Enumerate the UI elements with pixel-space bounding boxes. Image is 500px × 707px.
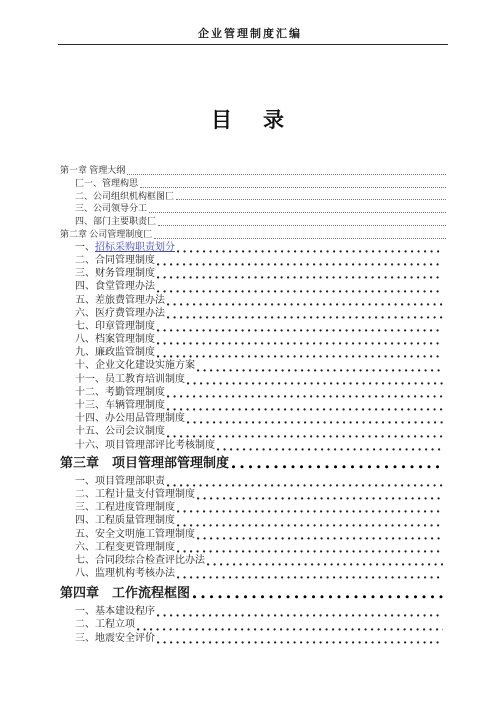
toc-entry: 三、地震安全评价 <box>60 632 447 645</box>
page-header: 企业管理制度汇编 <box>0 25 500 41</box>
toc-entry-label: 九、廉政监管制度 <box>75 346 155 359</box>
toc-entry: 二、公司组织机构框图匚 <box>60 190 447 203</box>
toc-entry-label: 十三、车辆管理制度 <box>75 399 165 412</box>
toc-entry-label: 二、公司组织机构框图匚 <box>75 190 174 203</box>
dot-leader <box>154 238 446 239</box>
dot-leader <box>187 421 443 424</box>
toc-title: 目 录 <box>0 104 500 134</box>
dot-leader <box>177 576 443 579</box>
toc-entry-label: 三、地震安全评价 <box>75 632 155 645</box>
dot-leader <box>193 595 443 599</box>
toc-entry: 十五、公司会议制度 <box>60 425 447 438</box>
toc-entry-label: 三、工程进度管理制度 <box>75 501 175 514</box>
dot-leader <box>157 342 443 345</box>
dot-leader <box>167 408 443 411</box>
toc-entry-label: 二、工程计量支付管理制度 <box>75 488 195 501</box>
toc-entry: 十三、车辆管理制度 <box>60 399 447 412</box>
toc-entry-label: 十六、项目管理部评比考核制度 <box>75 439 215 452</box>
dot-leader <box>177 510 443 513</box>
dot-leader <box>158 225 446 226</box>
toc-entry-label: 二、合同管理制度 <box>75 254 155 267</box>
dot-leader <box>167 316 443 319</box>
toc-entry-number: 一、 <box>75 241 95 254</box>
toc-entry-label: 四、食堂管理办法 <box>75 280 155 293</box>
toc-entry: 十二、考勤管理制度 <box>60 386 447 399</box>
toc-entry: 七、印章管理制度 <box>60 320 447 333</box>
toc-entry-label: 匚一、管理构思 <box>75 177 138 190</box>
toc-link-bidding-procurement-duties[interactable]: 招标采购职责划分 <box>95 241 175 254</box>
toc-entry-label: 十二、考勤管理制度 <box>75 386 165 399</box>
toc-entry-label: 五、安全文明施工管理制度 <box>75 528 195 541</box>
toc-entry-label: 三、财务管理制度 <box>75 267 155 280</box>
toc-entry: 十六、项目管理部评比考核制度 <box>60 439 447 452</box>
toc-entry-label: 第一章 管理大纲 <box>60 164 125 177</box>
toc-entry: 第一章 管理大纲 <box>60 164 447 177</box>
toc-entry-label: 一、基本建设程序 <box>75 605 155 618</box>
dot-leader <box>187 382 443 385</box>
dot-leader <box>157 263 443 266</box>
toc-entry-label: 四、工程质量管理制度 <box>75 514 175 527</box>
document-page: 企业管理制度汇编 目 录 第一章 管理大纲匚一、管理构思二、公司组织机构框图匚三… <box>0 0 500 707</box>
toc-entry: 第二章 公司管理制度匚 <box>60 228 447 241</box>
toc-entry-label: 四、部门主要职责匚 <box>75 215 156 228</box>
toc-entry: 六、工程变更管理制度 <box>60 541 447 554</box>
toc-entry: 五、差旅费管理办法 <box>60 294 447 307</box>
toc-entry: 第四章 工作流程框图 <box>60 585 447 601</box>
toc-entry-label: 七、印章管理制度 <box>75 320 155 333</box>
toc-entry-label: 八、档案管理制度 <box>75 333 155 346</box>
header-rule <box>58 44 448 45</box>
dot-leader <box>177 250 443 253</box>
dot-leader <box>217 448 443 451</box>
dot-leader <box>177 524 443 527</box>
dot-leader <box>197 537 443 540</box>
dot-leader <box>137 628 443 631</box>
toc-entry: 一、招标采购职责划分 <box>60 241 447 254</box>
toc-entry: 四、工程质量管理制度 <box>60 514 447 527</box>
toc-entry: 一、项目管理部职责 <box>60 475 447 488</box>
toc-entry: 十四、办公用品管理制度 <box>60 412 447 425</box>
dot-leader <box>157 614 443 617</box>
dot-leader <box>157 290 443 293</box>
dot-leader <box>140 187 446 188</box>
dot-leader <box>157 329 443 332</box>
toc-entry: 六、医疗费管理办法 <box>60 307 447 320</box>
toc-entry-label: 第四章 工作流程框图 <box>60 585 190 601</box>
toc-entry: 八、监理机构考核办法 <box>60 567 447 580</box>
dot-leader <box>167 303 443 306</box>
toc-entry: 三、公司领导分工 <box>60 202 447 215</box>
page-header-title: 企业管理制度汇编 <box>198 28 302 40</box>
toc-entry-label: 三、公司领导分工 <box>75 202 147 215</box>
toc-entry-label: 六、医疗费管理办法 <box>75 307 165 320</box>
dot-leader <box>232 465 443 469</box>
toc-entry: 三、财务管理制度 <box>60 267 447 280</box>
toc-entry: 二、工程立项 <box>60 618 447 631</box>
dot-leader <box>167 484 443 487</box>
toc-entry-label: 八、监理机构考核办法 <box>75 567 175 580</box>
dot-leader <box>149 212 446 213</box>
toc-entry: 一、基本建设程序 <box>60 605 447 618</box>
toc-list: 第一章 管理大纲匚一、管理构思二、公司组织机构框图匚三、公司领导分工四、部门主要… <box>60 164 447 645</box>
dot-leader <box>207 563 443 566</box>
dot-leader <box>167 395 443 398</box>
dot-leader <box>197 497 443 500</box>
dot-leader <box>167 435 443 438</box>
dot-leader <box>176 199 446 200</box>
toc-entry: 四、食堂管理办法 <box>60 280 447 293</box>
toc-entry: 四、部门主要职责匚 <box>60 215 447 228</box>
toc-entry-label: 第二章 公司管理制度匚 <box>60 228 152 241</box>
toc-entry-label: 五、差旅费管理办法 <box>75 294 165 307</box>
dot-leader <box>157 355 443 358</box>
dot-leader <box>177 550 443 553</box>
toc-entry: 匚一、管理构思 <box>60 177 447 190</box>
toc-entry-label: 十一、员工教育培训制度 <box>75 373 185 386</box>
dot-leader <box>127 174 446 175</box>
dot-leader <box>197 369 443 372</box>
toc-entry-label: 十四、办公用品管理制度 <box>75 412 185 425</box>
toc-entry-label: 七、合同段综合检查评比办法 <box>75 554 205 567</box>
toc-entry-label: 六、工程变更管理制度 <box>75 541 175 554</box>
toc-entry-label: 第三章 项目管理部管理制度 <box>60 455 229 471</box>
toc-entry: 十一、员工教育培训制度 <box>60 373 447 386</box>
toc-entry-label: 二、工程立项 <box>75 618 135 631</box>
toc-entry: 第三章 项目管理部管理制度 <box>60 455 447 471</box>
toc-entry-label: 一、项目管理部职责 <box>75 475 165 488</box>
dot-leader <box>157 641 443 644</box>
toc-entry: 八、档案管理制度 <box>60 333 447 346</box>
toc-entry: 五、安全文明施工管理制度 <box>60 528 447 541</box>
toc-entry: 二、工程计量支付管理制度 <box>60 488 447 501</box>
toc-entry-label: 十、企业文化建设实施方案 <box>75 359 195 372</box>
toc-entry-label: 十五、公司会议制度 <box>75 425 165 438</box>
dot-leader <box>157 276 443 279</box>
toc-entry: 三、工程进度管理制度 <box>60 501 447 514</box>
toc-entry: 九、廉政监管制度 <box>60 346 447 359</box>
toc-entry: 二、合同管理制度 <box>60 254 447 267</box>
toc-entry: 十、企业文化建设实施方案 <box>60 359 447 372</box>
toc-entry: 七、合同段综合检查评比办法 <box>60 554 447 567</box>
